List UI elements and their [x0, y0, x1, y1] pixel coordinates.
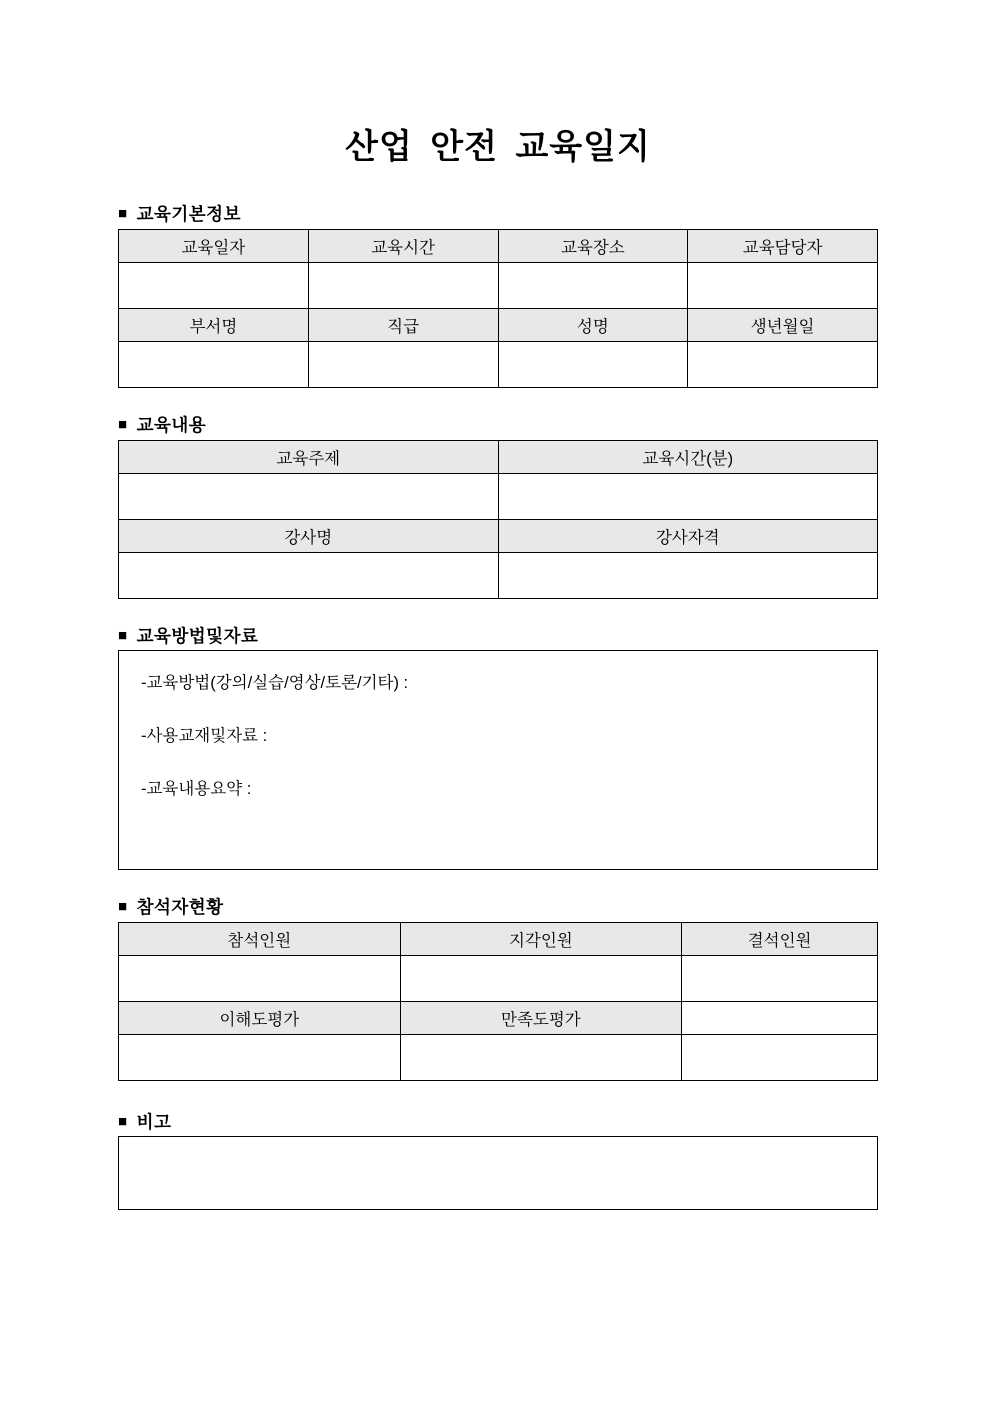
column-header-absent-count: 결석인원 [682, 922, 878, 955]
input-cell-instructor-qualification[interactable] [498, 552, 878, 598]
input-cell-duration-min[interactable] [498, 473, 878, 519]
column-header-department: 부서명 [119, 308, 309, 341]
column-header-position: 직급 [308, 308, 498, 341]
section-label: 비고 [137, 1111, 172, 1133]
input-cell-department[interactable] [119, 341, 309, 387]
document-content: 산업 안전 교육일지 ■ 교육기본정보 교육일자 교육시간 교육장소 교육담당자… [118, 0, 878, 1210]
input-cell-absent-count[interactable] [682, 955, 878, 1001]
input-cell-birthdate[interactable] [688, 341, 878, 387]
column-header-topic: 교육주제 [119, 440, 499, 473]
input-cell-understanding-eval[interactable] [119, 1034, 401, 1080]
section-header-basic-info: ■ 교육기본정보 [118, 203, 878, 225]
section-header-method-materials: ■ 교육방법및자료 [118, 625, 878, 647]
input-cell-education-place[interactable] [498, 262, 688, 308]
input-cell-blank[interactable] [682, 1001, 878, 1034]
input-cell-position[interactable] [308, 341, 498, 387]
column-header-education-date: 교육일자 [119, 229, 309, 262]
remarks-box[interactable] [118, 1136, 878, 1210]
page-title: 산업 안전 교육일지 [118, 126, 878, 169]
black-square-icon: ■ [118, 625, 128, 647]
column-header-education-manager: 교육담당자 [688, 229, 878, 262]
column-header-understanding-eval: 이해도평가 [119, 1001, 401, 1034]
black-square-icon: ■ [118, 414, 128, 436]
document-page: 산업 안전 교육일지 ■ 교육기본정보 교육일자 교육시간 교육장소 교육담당자… [0, 0, 992, 1403]
column-header-duration-min: 교육시간(분) [498, 440, 878, 473]
section-label: 참석자현황 [137, 896, 224, 918]
column-header-late-count: 지각인원 [400, 922, 682, 955]
method-line-education-method: -교육방법(강의/실습/영상/토론/기타) : [141, 672, 877, 694]
table-education-content: 교육주제 교육시간(분) 강사명 강사자격 [118, 440, 878, 599]
black-square-icon: ■ [118, 1111, 128, 1133]
table-attendees: 참석인원 지각인원 결석인원 이해도평가 만족도평가 [118, 922, 878, 1081]
column-header-name: 성명 [498, 308, 688, 341]
section-header-remarks: ■ 비고 [118, 1111, 878, 1133]
input-cell-attendee-count[interactable] [119, 955, 401, 1001]
column-header-attendee-count: 참석인원 [119, 922, 401, 955]
input-cell-education-manager[interactable] [688, 262, 878, 308]
method-line-materials-used: -사용교재및자료 : [141, 725, 877, 747]
input-cell-education-time[interactable] [308, 262, 498, 308]
input-cell-name[interactable] [498, 341, 688, 387]
column-header-satisfaction-eval: 만족도평가 [400, 1001, 682, 1034]
section-label: 교육기본정보 [137, 203, 241, 225]
input-cell-instructor-name[interactable] [119, 552, 499, 598]
table-basic-info: 교육일자 교육시간 교육장소 교육담당자 부서명 직급 성명 생년월일 [118, 229, 878, 388]
section-label: 교육내용 [137, 414, 207, 436]
method-line-content-summary: -교육내용요약 : [141, 778, 877, 800]
input-cell-satisfaction-eval[interactable] [400, 1034, 682, 1080]
input-cell-topic[interactable] [119, 473, 499, 519]
input-cell-blank[interactable] [682, 1034, 878, 1080]
black-square-icon: ■ [118, 896, 128, 918]
section-header-attendees: ■ 참석자현황 [118, 896, 878, 918]
input-cell-education-date[interactable] [119, 262, 309, 308]
column-header-education-place: 교육장소 [498, 229, 688, 262]
section-header-education-content: ■ 교육내용 [118, 414, 878, 436]
column-header-instructor-name: 강사명 [119, 519, 499, 552]
column-header-education-time: 교육시간 [308, 229, 498, 262]
method-materials-box[interactable]: -교육방법(강의/실습/영상/토론/기타) : -사용교재및자료 : -교육내용… [118, 650, 878, 870]
column-header-instructor-qualification: 강사자격 [498, 519, 878, 552]
column-header-birthdate: 생년월일 [688, 308, 878, 341]
black-square-icon: ■ [118, 203, 128, 225]
input-cell-late-count[interactable] [400, 955, 682, 1001]
section-label: 교육방법및자료 [137, 625, 259, 647]
